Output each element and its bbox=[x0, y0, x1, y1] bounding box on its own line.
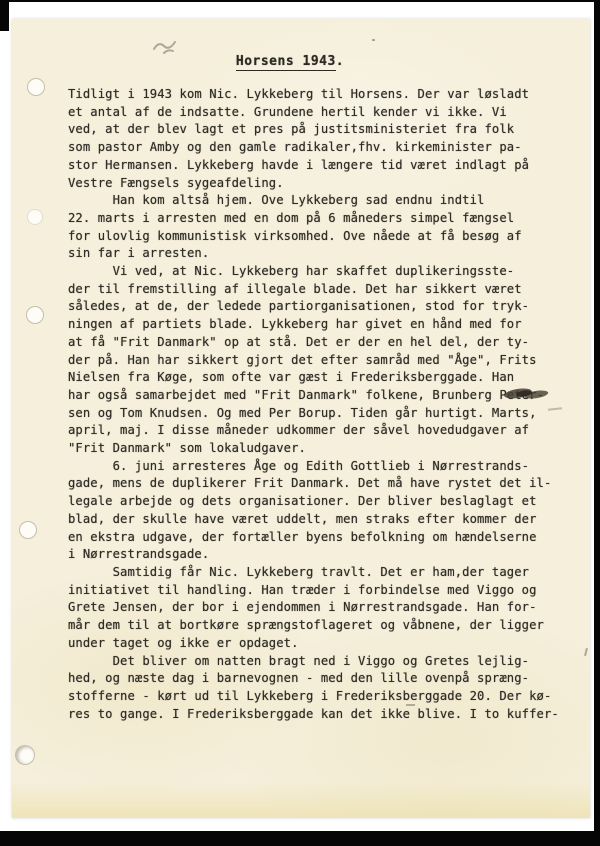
document-page: Horsens 1943. Tidligt i 1943 kom Nic. Ly… bbox=[12, 19, 590, 818]
page-content: Horsens 1943. Tidligt i 1943 kom Nic. Ly… bbox=[68, 53, 568, 723]
paragraph-2: Han kom altså hjem. Ove Lykkeberg sad en… bbox=[68, 192, 568, 263]
ink-speck bbox=[372, 39, 375, 41]
page-title-period: . bbox=[336, 54, 344, 69]
page-title-text: Horsens 1943 bbox=[236, 54, 336, 71]
scan-border-top bbox=[0, 0, 600, 2]
faint-pencil-mark bbox=[406, 704, 415, 706]
pencil-smudge bbox=[150, 36, 188, 56]
ink-blot bbox=[502, 383, 552, 403]
scan-border-left bbox=[0, 0, 9, 31]
page-title: Horsens 1943. bbox=[50, 53, 530, 71]
punch-hole bbox=[19, 521, 37, 539]
scanned-document: Horsens 1943. Tidligt i 1943 kom Nic. Ly… bbox=[0, 0, 600, 846]
punch-hole bbox=[26, 306, 44, 324]
paragraph-3: Vi ved, at Nic. Lykkeberg har skaffet du… bbox=[68, 263, 568, 458]
paragraph-4: 6. juni arresteres Åge og Edith Gottlieb… bbox=[68, 458, 568, 564]
paragraph-5: Samtidig får Nic. Lykkeberg travlt. Det … bbox=[68, 564, 568, 653]
scan-border-bottom bbox=[0, 831, 600, 846]
punch-hole bbox=[27, 78, 45, 96]
punch-hole bbox=[27, 209, 43, 225]
scan-border-right bbox=[594, 0, 600, 846]
punch-hole bbox=[15, 745, 35, 765]
document-body: Tidligt i 1943 kom Nic. Lykkeberg til Ho… bbox=[68, 86, 568, 723]
paragraph-6: Det bliver om natten bragt ned i Viggo o… bbox=[68, 653, 568, 724]
paragraph-1: Tidligt i 1943 kom Nic. Lykkeberg til Ho… bbox=[68, 86, 568, 192]
